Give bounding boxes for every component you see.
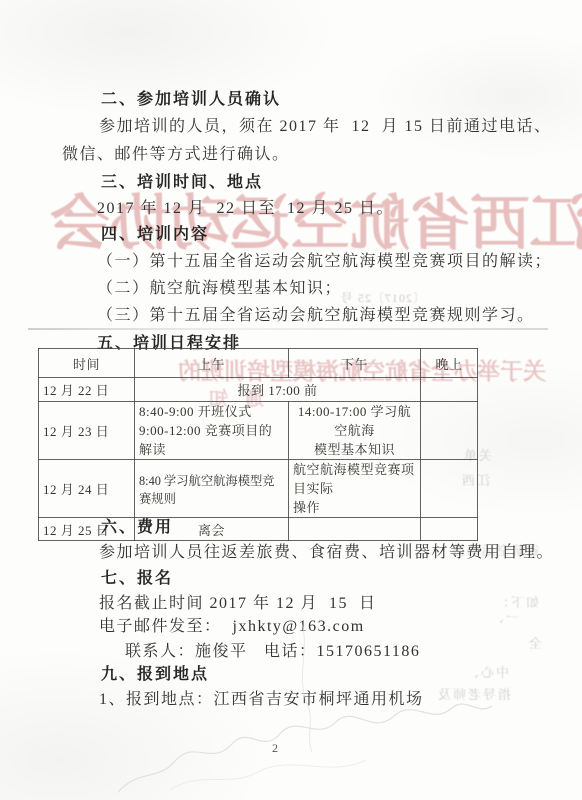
activity-line: 航空航海模型竞赛项目实际 bbox=[293, 460, 416, 498]
header-morning: 上午 bbox=[135, 349, 289, 378]
afternoon-activities-cell: 14:00-17:00 学习航空航海 模型基本知识 bbox=[289, 402, 421, 460]
checkin-location: 1、报到地点：江西省吉安市桐坪通用机场 bbox=[99, 686, 424, 709]
empty-cell bbox=[421, 378, 478, 402]
schedule-row-dec23: 12 月 23 日 8:40-9:00 开班仪式 9:00-12:00 竞赛项目… bbox=[39, 402, 478, 460]
section-2-heading: 二、参加培训人员确认 bbox=[101, 86, 281, 109]
section-6-heading: 六、费用 bbox=[101, 514, 173, 537]
date-cell: 12 月 24 日 bbox=[39, 460, 135, 518]
empty-cell bbox=[421, 518, 478, 541]
section-4-item-2: （二）航空航海模型基本知识； bbox=[97, 275, 342, 298]
morning-activities-cell: 8:40-9:00 开班仪式 9:00-12:00 竞赛项目的解读 bbox=[135, 402, 289, 460]
date-cell: 12 月 23 日 bbox=[39, 402, 135, 460]
schedule-row-dec22: 12 月 22 日 报到 17:00 前 bbox=[39, 378, 478, 402]
section-4-item-3: （三）第十五届全省运动会航空航海模型竞赛规则学习。 bbox=[97, 302, 535, 325]
bleedthrough-fragment: 中心、 bbox=[464, 662, 509, 681]
afternoon-activities-cell: 航空航海模型竞赛项目实际 操作 bbox=[289, 460, 421, 518]
date-cell: 12 月 22 日 bbox=[39, 378, 135, 402]
empty-cell bbox=[421, 460, 478, 518]
page-number: 2 bbox=[272, 741, 278, 756]
registration-deadline: 报名截止时间 2017 年 12 月 15 日 bbox=[99, 590, 377, 613]
registration-cell: 报到 17:00 前 bbox=[135, 378, 421, 402]
section-7-heading: 七、报名 bbox=[101, 565, 173, 588]
activity-line: 8:40-9:00 开班仪式 bbox=[139, 402, 284, 421]
section-4-item-1: （一）第十五届全省运动会航空航海模型竞赛项目的解读； bbox=[97, 248, 552, 271]
header-afternoon: 下午 bbox=[289, 349, 421, 378]
activity-line: 14:00-17:00 学习航空航海 bbox=[293, 402, 416, 440]
schedule-row-dec24: 12 月 24 日 8:40 学习航空航海模型竞赛规则 航空航海模型竞赛项目实际… bbox=[39, 460, 478, 518]
registration-email: 电子邮件发至： jxhkty@163.com bbox=[99, 613, 365, 636]
header-time: 时间 bbox=[39, 349, 135, 378]
activity-line: 操作 bbox=[293, 498, 416, 517]
header-evening: 晚上 bbox=[421, 349, 478, 378]
section-9-heading: 九、报到地点 bbox=[101, 661, 209, 684]
contact-person-line: 联系人：施俊平 电话：15170651186 bbox=[125, 638, 420, 661]
activity-line: 模型基本知识 bbox=[293, 440, 416, 459]
scanned-document-page: 江西省航空运动协会 关于举办全省航空航海模型培训班的 通 知 〔2017〕25 … bbox=[0, 0, 582, 800]
bleedthrough-fragment: 如下： bbox=[494, 592, 539, 611]
section-3-dates: 2017 年 12 月 22 日至 12 月 25 日。 bbox=[97, 195, 394, 218]
bleedthrough-fragment: 指导老师及 bbox=[436, 684, 511, 703]
schedule-table: 时间 上午 下午 晚上 12 月 22 日 报到 17:00 前 12 月 23… bbox=[38, 348, 478, 541]
section-3-heading: 三、培训时间、地点 bbox=[101, 169, 263, 192]
section-2-paragraph-line-1: 参加培训的人员，须在 2017 年 12 月 15 日前通过电话、 bbox=[99, 113, 552, 136]
empty-cell bbox=[421, 402, 478, 460]
section-4-heading: 四、培训内容 bbox=[101, 221, 209, 244]
morning-activities-cell: 8:40 学习航空航海模型竞赛规则 bbox=[135, 460, 289, 518]
empty-cell bbox=[289, 518, 421, 541]
bleedthrough-fragment: 一、 bbox=[489, 607, 519, 626]
section-2-paragraph-line-2: 微信、邮件等方式进行确认。 bbox=[62, 141, 290, 164]
activity-line: 9:00-12:00 竞赛项目的解读 bbox=[139, 421, 284, 459]
schedule-header-row: 时间 上午 下午 晚上 bbox=[39, 349, 478, 378]
bleedthrough-fragment: 全 bbox=[527, 633, 542, 652]
section-6-paragraph: 参加培训人员往返差旅费、食宿费、培训器材等费用自理。 bbox=[99, 539, 554, 562]
